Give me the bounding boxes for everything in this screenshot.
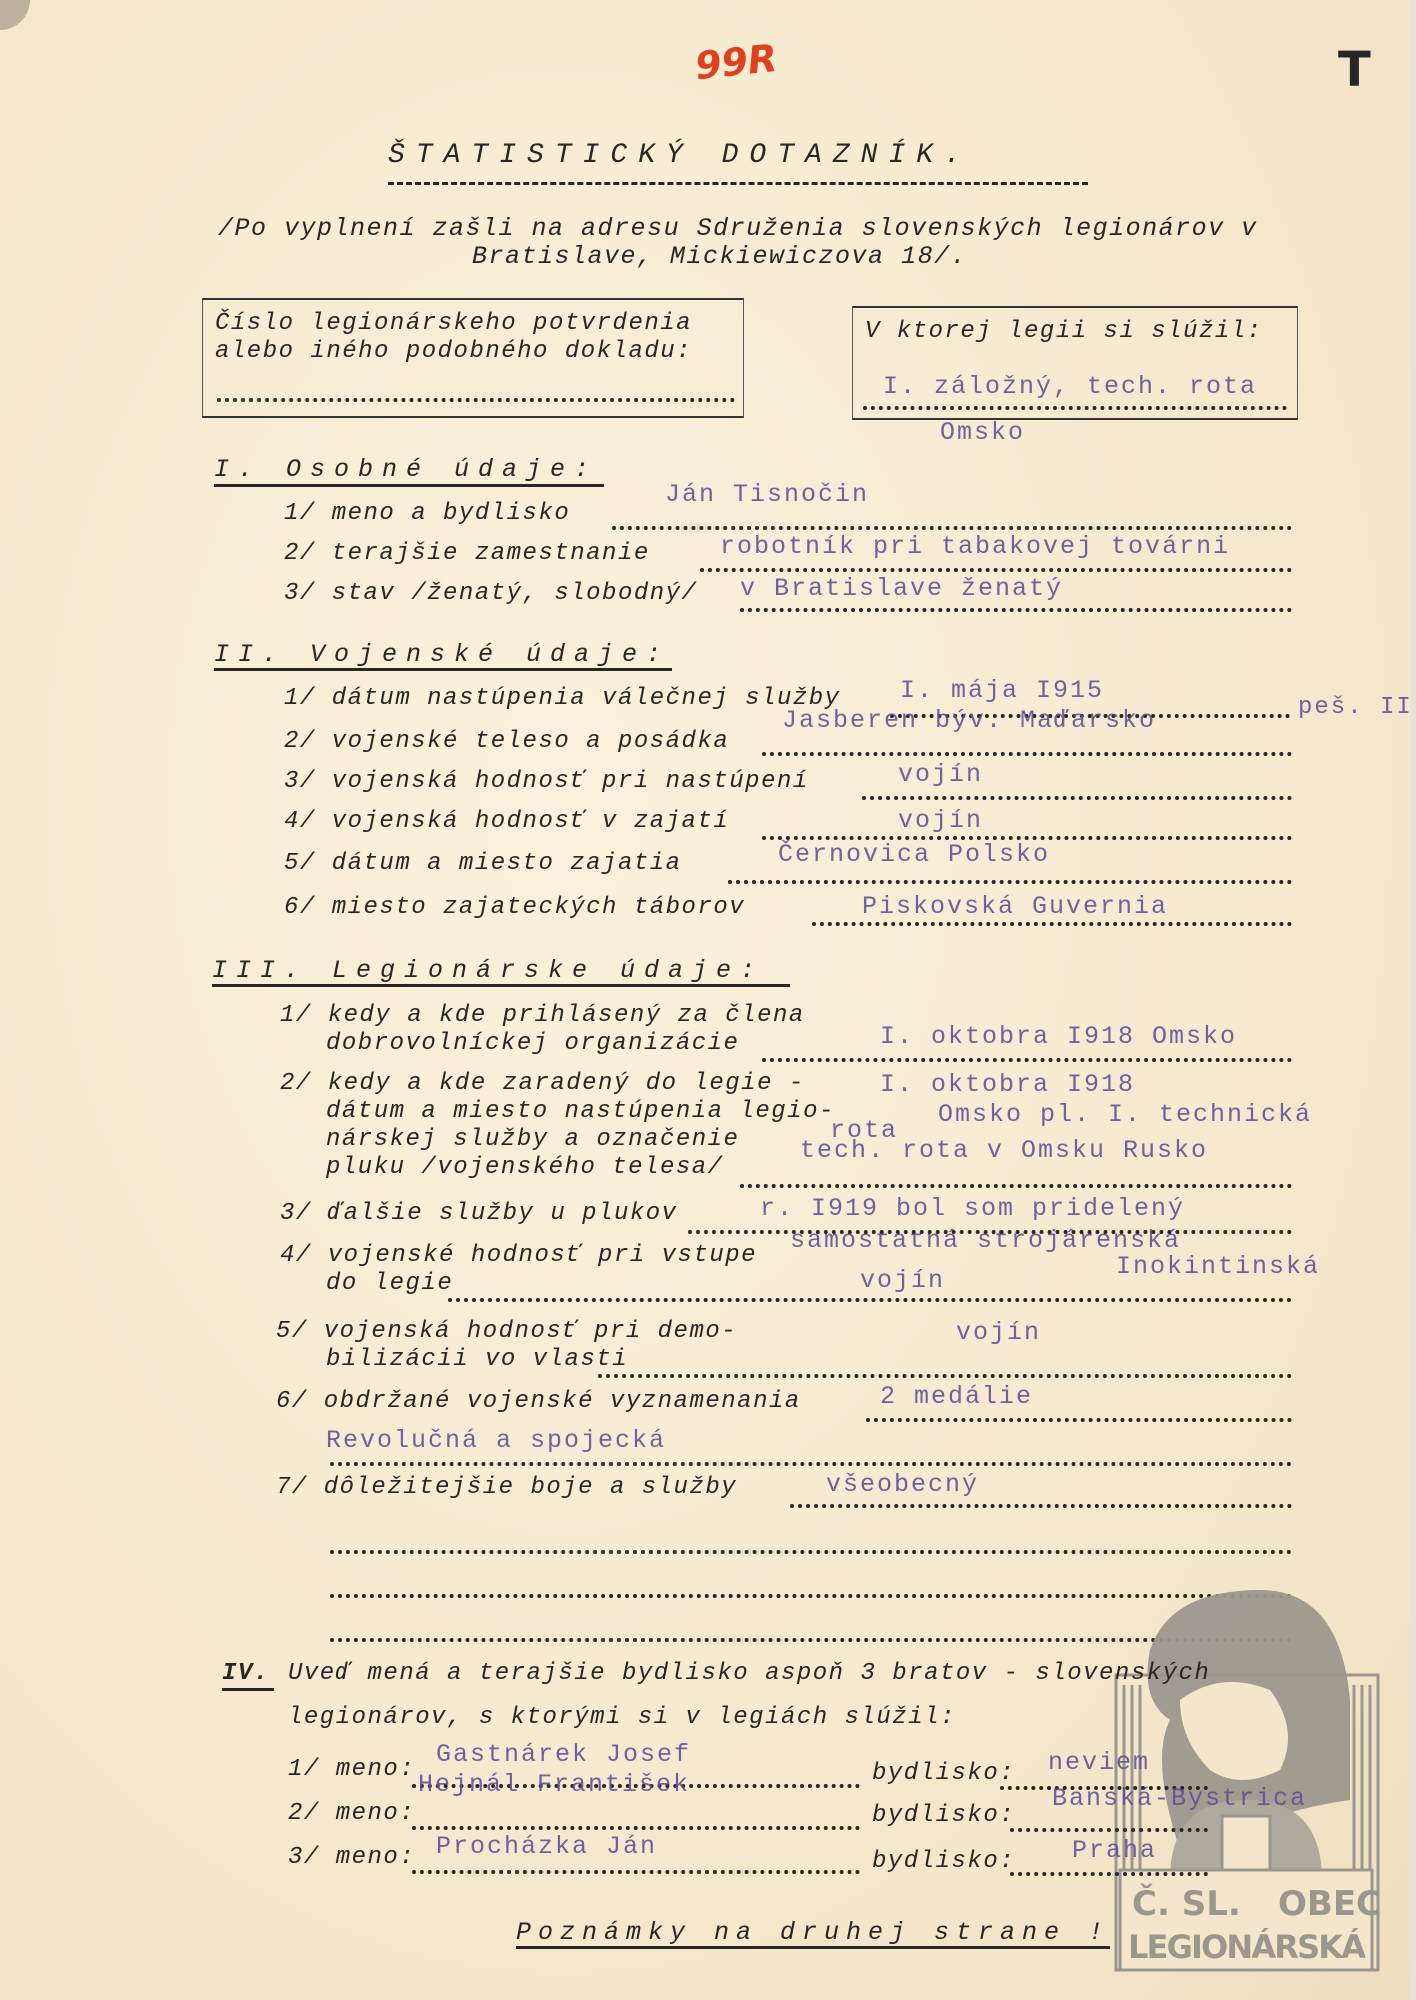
comrade-3-address-field[interactable] [1010,1868,1208,1876]
personal-value-1: Ján Tisnočin [665,480,869,509]
comrade-2-address: Banská-Bystrica [1052,1784,1307,1813]
personal-label-3: 3/ stav /ženatý, slobodný/ [284,580,697,607]
legion-field-3[interactable] [688,1226,1292,1234]
legion-value-3c: Inokintinská [1116,1252,1320,1281]
instruction-line-1: /Po vyplnení zašli na adresu Sdruženia s… [218,214,1258,243]
folio-number: 99R [693,36,779,88]
legion-label-3: 3/ ďalšie služby u plukov [280,1200,678,1227]
legion-box: V ktorej legii si slúžil: I. záložný, te… [852,306,1298,420]
military-field-3[interactable] [862,792,1292,800]
military-field-2[interactable] [762,748,1292,756]
legion-label-2c: nárskej služby a označenie [326,1126,739,1153]
legion-value-extra: Omsko [940,418,1025,447]
military-value-2: Jasberen býv. Maďarsko [782,706,1156,735]
comrade-2-name: Hejnál František [418,1770,690,1799]
legion-value-2d: tech. rota v Omsku Rusko [800,1136,1208,1165]
legion-value-2b: Omsko pl. I. technická [938,1100,1312,1129]
comrade-3-address-label: bydlisko: [872,1848,1015,1875]
military-value-4: vojín [898,806,983,835]
footer-underline [516,1946,1110,1949]
military-note-1: peš. II [1298,694,1413,721]
military-label-6: 6/ miesto zajateckých táborov [284,894,745,921]
military-label-4: 4/ vojenská hodnosť v zajatí [284,808,729,835]
comrade-2-address-label: bydlisko: [872,1802,1015,1829]
legion-field-5[interactable] [598,1370,1292,1378]
legion-label-1b: dobrovolníckej organizácie [326,1030,739,1057]
legion-field[interactable] [863,402,1287,410]
section-1-underline [214,484,604,487]
document-page: 99R T ŠTATISTICKÝ DOTAZNÍK. /Po vyplnení… [0,0,1410,2000]
logo-text-left: Č. SL. [1132,1883,1241,1924]
section-3-underline [212,984,790,987]
page-title: ŠTATISTICKÝ DOTAZNÍK. [388,140,972,171]
comrade-3-name: Procházka Ján [436,1832,657,1861]
military-field-5[interactable] [728,876,1292,884]
legion-field-6-cont[interactable] [330,1458,1292,1466]
section-3-heading: III. Legionárske údaje: [212,956,764,985]
comrade-2-label: 2/ meno: [288,1800,415,1827]
legion-field-1[interactable] [762,1054,1292,1062]
comrade-1-label: 1/ meno: [288,1756,415,1783]
legion-value-5: vojín [956,1318,1041,1347]
legion-label-2a: 2/ kedy a kde zaradený do legie - [280,1070,805,1097]
comrade-3-label: 3/ meno: [288,1844,415,1871]
section-2-underline [214,668,672,671]
military-label-5: 5/ dátum a miesto zajatia [284,850,682,877]
instruction-line-2: Bratislave, Mickiewiczova 18/. [472,242,967,271]
legion-label-1a: 1/ kedy a kde prihlásený za člena [280,1002,805,1029]
military-value-6: Piskovská Guvernia [862,892,1168,921]
legion-field-7-cont-1[interactable] [330,1546,1292,1554]
legion-field-4[interactable] [448,1294,1292,1302]
legion-label: V ktorej legii si slúžil: [865,318,1263,345]
legion-value: I. záložný, tech. rota [883,372,1257,401]
military-value-1: I. mája I915 [900,676,1104,705]
comrade-2-address-field[interactable] [1010,1824,1208,1832]
section-4-heading-line-1: Uveď mená a terajšie bydlisko aspoň 3 br… [288,1660,1210,1687]
certificate-label-line-1: Číslo legionárskeho potvrdenia [215,310,692,337]
military-label-2: 2/ vojenské teleso a posádka [284,728,729,755]
legion-label-5b: bilizácii vo vlasti [326,1346,628,1373]
legion-value-4: vojín [860,1266,945,1295]
scan-corner-shadow [0,0,30,30]
personal-field-1[interactable] [612,522,1292,530]
legion-field-6[interactable] [866,1414,1292,1422]
personal-label-2: 2/ terajšie zamestnanie [284,540,650,567]
personal-field-3[interactable] [740,604,1292,612]
legion-label-4a: 4/ vojenské hodnosť pri vstupe [280,1242,757,1269]
legion-value-6b: Revolučná a spojecká [326,1426,666,1455]
page-edge [1410,0,1416,2000]
personal-value-3: v Bratislave ženatý [740,574,1063,603]
corner-mark: T [1338,42,1371,98]
military-label-1: 1/ dátum nastúpenia válečnej služby [284,685,841,712]
section-4-underline [222,1688,274,1691]
military-value-5: Černovica Polsko [778,840,1050,869]
logo-text-bottom: LEGIONÁRSKÁ [1128,1928,1366,1966]
military-value-3: vojín [898,760,983,789]
comrade-1-address: neviem [1048,1748,1150,1777]
legion-value-3a: r. I919 bol som pridelený [760,1194,1185,1223]
legion-label-2b: dátum a miesto nastúpenia legio- [326,1098,835,1125]
legion-label-6: 6/ obdržané vojenské vyznamenania [276,1388,801,1415]
legion-label-4b: do legie [326,1270,453,1297]
certificate-number-field[interactable] [217,394,735,402]
comrade-1-address-label: bydlisko: [872,1760,1015,1787]
military-label-3: 3/ vojenská hodnosť pri nastúpení [284,768,809,795]
personal-label-1: 1/ meno a bydlisko [284,500,570,527]
comrade-3-address: Praha [1072,1836,1157,1865]
logo-text-right: OBEC [1278,1884,1381,1924]
military-field-4[interactable] [762,832,1292,840]
section-4-number: IV. [222,1660,270,1687]
personal-value-2: robotník pri tabakovej továrni [720,532,1230,561]
section-2-heading: II. Vojenské údaje: [214,640,670,669]
section-4-heading-line-2: legionárov, s ktorými si v legiách slúži… [288,1704,956,1731]
legion-value-2a: I. oktobra I918 [880,1070,1135,1099]
comrade-2-name-field[interactable] [412,1822,860,1830]
comrade-1-name: Gastnárek Josef [436,1740,691,1769]
legion-field-7[interactable] [790,1500,1292,1508]
legion-label-2d: pluku /vojenského telesa/ [326,1154,724,1181]
legion-value-6a: 2 medálie [880,1382,1033,1411]
certificate-label-line-2: alebo iného podobného dokladu: [215,338,692,365]
title-underline [388,182,1088,185]
legion-value-7: všeobecný [826,1470,979,1499]
footer-note: Poznámky na druhej strane ! [516,1918,1110,1947]
personal-field-2[interactable] [700,564,1292,572]
legion-field-2[interactable] [740,1180,1292,1188]
section-1-heading: I. Osobné údaje: [214,455,598,484]
certificate-number-box: Číslo legionárskeho potvrdenia alebo iné… [202,298,744,418]
legion-label-5a: 5/ vojenská hodnosť pri demo- [276,1318,737,1345]
military-field-6[interactable] [812,918,1292,926]
legion-label-7: 7/ dôležitejšie boje a služby [276,1474,737,1501]
legion-value-1: I. oktobra I918 Omsko [880,1022,1237,1051]
comrade-3-name-field[interactable] [412,1866,860,1874]
